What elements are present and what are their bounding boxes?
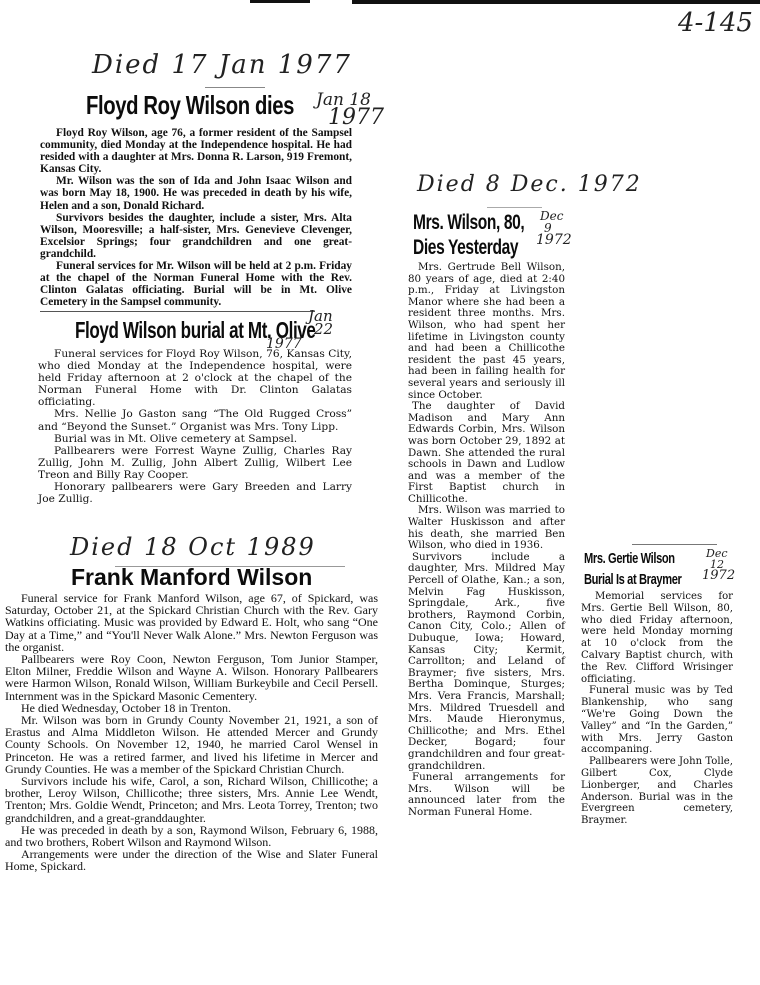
article-body: Floyd Roy Wilson, age 76, a former resid… — [40, 127, 352, 308]
margin-note: Jan 18 1977 — [316, 92, 384, 126]
margin-note-line: 1977 — [328, 109, 384, 126]
paragraph: He was preceded in death by a son, Raymo… — [5, 824, 378, 848]
margin-note-line: 1972 — [536, 234, 572, 246]
headline: Mrs. Gertie Wilson Burial Is at Braymer — [584, 548, 681, 590]
headline: Mrs. Wilson, 80, Dies Yesterday — [413, 210, 524, 260]
scan-edge-left — [250, 0, 310, 3]
paragraph: Survivors include a daughter, Mrs. Mildr… — [408, 552, 565, 772]
margin-note: Jan 22 — [308, 310, 333, 336]
divider — [487, 207, 542, 208]
date-note: Died 17 Jan 1977 — [92, 50, 352, 80]
paragraph: Pallbearers were Forrest Wayne Zullig, C… — [38, 445, 352, 481]
paragraph: Survivors besides the daughter, include … — [40, 212, 352, 260]
paragraph: Honorary pallbearers were Gary Breeden a… — [38, 481, 352, 505]
headline-line: Dies Yesterday — [413, 235, 524, 260]
article-body: Funeral service for Frank Manford Wilson… — [5, 592, 378, 873]
article-body: Memorial services for Mrs. Gertie Bell W… — [581, 591, 733, 827]
page-annotation: 4-145 — [678, 8, 753, 38]
headline-line: Burial Is at Braymer — [584, 569, 681, 590]
paragraph: Mrs. Wilson was married to Walter Huskis… — [408, 505, 565, 551]
paragraph: Mr. Wilson was born in Grundy County Nov… — [5, 714, 378, 775]
article-body: Funeral services for Floyd Roy Wilson, 7… — [38, 348, 352, 505]
paragraph: Mrs. Gertrude Bell Wilson, 80 years of a… — [408, 262, 565, 401]
divider — [205, 87, 265, 88]
paragraph: Pallbearers were John Tolle, Gilbert Cox… — [581, 756, 733, 827]
headline: Frank Manford Wilson — [71, 564, 312, 591]
margin-note-line: 22 — [314, 323, 333, 336]
paragraph: Arrangements were under the direction of… — [5, 848, 378, 872]
paragraph: Mr. Wilson was the son of Ida and John I… — [40, 175, 352, 211]
paragraph: Funeral service for Frank Manford Wilson… — [5, 592, 378, 653]
paragraph: Funeral services for Mr. Wilson will be … — [40, 260, 352, 308]
paragraph: The daughter of David Madison and Mary A… — [408, 401, 565, 505]
headline: Floyd Roy Wilson dies — [86, 90, 294, 121]
paragraph: Survivors include his wife, Carol, a son… — [5, 775, 378, 824]
date-note: Died 8 Dec. 1972 — [417, 172, 642, 197]
margin-note: Dec 9 1972 — [540, 210, 572, 246]
paragraph: Mrs. Nellie Jo Gaston sang “The Old Rugg… — [38, 408, 352, 432]
paragraph: Funeral services for Floyd Roy Wilson, 7… — [38, 348, 352, 408]
clipping-separator — [40, 311, 315, 312]
headline-line: Mrs. Wilson, 80, — [413, 210, 524, 235]
paragraph: Burial was in Mt. Olive cemetery at Samp… — [38, 433, 352, 445]
paragraph: Funeral music was by Ted Blankenship, wh… — [581, 685, 733, 756]
article-body: Mrs. Gertrude Bell Wilson, 80 years of a… — [408, 262, 565, 819]
paragraph: Funeral arrangements for Mrs. Wilson wil… — [408, 772, 565, 818]
paragraph: Memorial services for Mrs. Gertie Bell W… — [581, 591, 733, 685]
margin-note: Dec 12 1972 — [706, 548, 735, 581]
date-note: Died 18 Oct 1989 — [70, 533, 316, 561]
paragraph: Pallbearers were Roy Coon, Newton Fergus… — [5, 653, 378, 702]
headline-line: Mrs. Gertie Wilson — [584, 548, 681, 569]
divider — [632, 544, 717, 545]
paragraph: Floyd Roy Wilson, age 76, a former resid… — [40, 127, 352, 175]
margin-note-line: 1972 — [702, 570, 735, 581]
scan-edge-right — [352, 0, 760, 4]
